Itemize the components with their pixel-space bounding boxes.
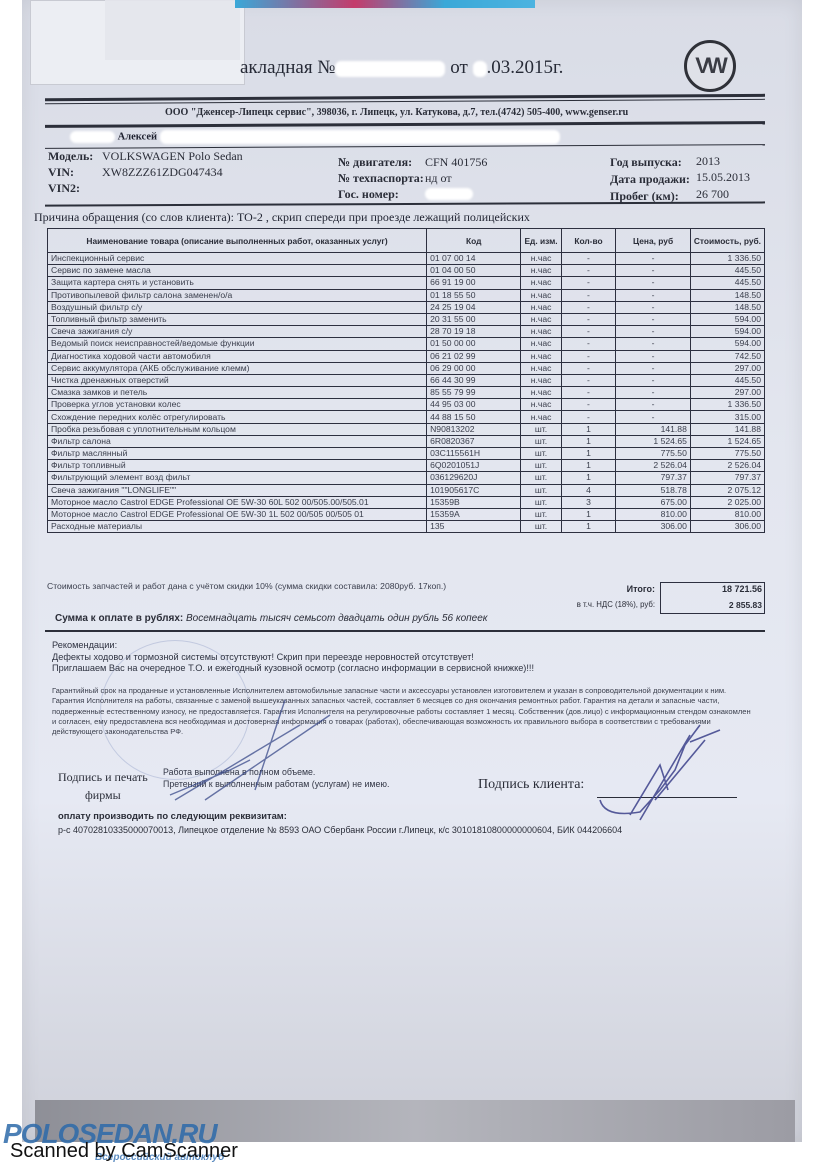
item-cost: 1 336.50 [690,253,764,265]
item-code: 03C115561H [427,448,521,460]
item-qty: 1 [561,423,616,435]
item-price: - [616,313,691,325]
item-cost: 594.00 [690,326,764,338]
item-code: 01 18 55 50 [427,289,521,301]
item-unit: шт. [521,460,561,472]
item-price: - [616,265,691,277]
item-name: Защита картера снять и установить [48,277,427,289]
item-code: 06 29 00 00 [427,362,521,374]
recommendation-line: Дефекты ходово и тормозной системы отсут… [52,652,534,664]
table-row: Защита картера снять и установить66 91 1… [48,277,765,289]
item-unit: н.час [521,350,561,362]
title-middle: от [445,57,472,78]
item-name: Моторное масло Castrol EDGE Professional… [48,496,427,508]
year-value: 2013 [696,154,720,169]
firm-signature-label: Подпись и печать фирмы [58,768,148,804]
item-unit: шт. [521,435,561,447]
table-row: Схождение передних колёс отрегулировать4… [48,411,765,423]
vw-logo-icon: VW [684,40,736,92]
table-row: Противопылевой фильтр салона заменен/о/а… [48,289,765,301]
item-price: - [616,411,691,423]
vin2-label: VIN2: [48,181,80,196]
plate-label: Гос. номер: [338,187,399,202]
item-cost: 445.50 [690,277,764,289]
item-price: 306.00 [616,521,691,533]
item-cost: 297.00 [690,362,764,374]
passport-value: нд от [425,171,452,186]
item-name: Схождение передних колёс отрегулировать [48,411,427,423]
table-row: Проверка углов установки колес44 95 03 0… [48,399,765,411]
item-price: 810.00 [616,508,691,520]
item-price: - [616,277,691,289]
header-name: Наименование товара (описание выполненны… [48,229,427,253]
item-qty: 3 [561,496,616,508]
item-price: 518.78 [616,484,691,496]
total-label: Итого: [560,584,655,594]
table-row: Фильтрующий элемент возд фильт036129620J… [48,472,765,484]
item-name: Диагностика ходовой части автомобиля [48,350,427,362]
item-qty: - [561,265,616,277]
item-cost: 1 336.50 [690,399,764,411]
table-row: Моторное масло Castrol EDGE Professional… [48,496,765,508]
item-unit: н.час [521,277,561,289]
item-code: 66 91 19 00 [427,277,521,289]
sum-label: Сумма к оплате в рублях: [55,613,183,624]
item-unit: шт. [521,448,561,460]
item-unit: н.час [521,362,561,374]
total-value: 18 721.56 [662,584,762,594]
item-name: Расходные материалы [48,521,427,533]
item-code: 6Q0201051J [427,460,521,472]
item-code: 101905617C [427,484,521,496]
item-qty: - [561,301,616,313]
item-code: 01 07 00 14 [427,253,521,265]
table-row: Свеча зажигания с/у28 70 19 18н.час--594… [48,326,765,338]
table-row: Фильтр топливный6Q0201051Jшт.12 526.042 … [48,460,765,472]
table-header-row: Наименование товара (описание выполненны… [48,229,765,253]
item-qty: 4 [561,484,616,496]
item-code: 24 25 19 04 [427,301,521,313]
item-unit: шт. [521,484,561,496]
header-qty: Кол-во [561,229,616,253]
item-code: 6R0820367 [427,435,521,447]
item-price: 675.00 [616,496,691,508]
engine-label: № двигателя: [338,155,412,170]
item-price: - [616,326,691,338]
sale-date-label: Дата продажи: [610,172,690,187]
signature-notes: Работа выполнена в полном объеме. Претен… [163,766,389,790]
item-unit: шт. [521,423,561,435]
payment-title: оплату производить по следующим реквизит… [58,810,287,821]
item-qty: - [561,350,616,362]
item-name: Свеча зажигания ""LONGLIFE"" [48,484,427,496]
sticker-note-overlay [105,0,240,60]
table-row: Моторное масло Castrol EDGE Professional… [48,508,765,520]
item-code: 036129620J [427,472,521,484]
item-cost: 315.00 [690,411,764,423]
item-qty: 1 [561,460,616,472]
engine-value: CFN 401756 [425,155,487,170]
title-date: .03.2015г. [487,57,564,78]
item-cost: 594.00 [690,338,764,350]
item-unit: н.час [521,338,561,350]
item-unit: н.час [521,265,561,277]
item-unit: н.час [521,387,561,399]
firm-signature-label-2: фирмы [58,786,148,804]
item-code: 01 04 00 50 [427,265,521,277]
item-name: Чистка дренажных отверстий [48,374,427,386]
item-cost: 594.00 [690,313,764,325]
sale-date-value: 15.05.2013 [696,170,750,185]
model-value: VOLKSWAGEN Polo Sedan [102,149,243,164]
redacted-day [473,61,487,77]
plate-redacted [425,186,473,201]
item-cost: 775.50 [690,448,764,460]
item-code: 15359A [427,508,521,520]
divider [45,630,765,632]
item-name: Топливный фильтр заменить [48,313,427,325]
item-cost: 306.00 [690,521,764,533]
item-price: - [616,338,691,350]
table-row: Смазка замков и петель85 55 79 99н.час--… [48,387,765,399]
item-unit: шт. [521,521,561,533]
item-cost: 445.50 [690,374,764,386]
item-unit: н.час [521,289,561,301]
item-qty: - [561,326,616,338]
item-cost: 742.50 [690,350,764,362]
item-price: - [616,387,691,399]
item-code: N90813202 [427,423,521,435]
table-row: Ведомый поиск неисправностей/ведомые фун… [48,338,765,350]
item-name: Фильтр топливный [48,460,427,472]
header-cost: Стоимость, руб. [690,229,764,253]
item-name: Свеча зажигания с/у [48,326,427,338]
item-qty: 1 [561,521,616,533]
document-title: акладная № от .03.2015г. [240,57,563,79]
item-price: - [616,289,691,301]
table-row: Пробка резьбовая с уплотнительным кольцо… [48,423,765,435]
item-name: Противопылевой фильтр салона заменен/о/а [48,289,427,301]
item-unit: шт. [521,508,561,520]
mileage-value: 26 700 [696,187,729,202]
item-name: Моторное масло Castrol EDGE Professional… [48,508,427,520]
visit-reason: Причина обращения (со слов клиента): ТО-… [34,210,530,225]
item-unit: н.час [521,374,561,386]
item-qty: - [561,411,616,423]
item-name: Сервис по замене масла [48,265,427,277]
table-row: Воздушный фильтр с/у24 25 19 04н.час--14… [48,301,765,313]
item-cost: 148.50 [690,289,764,301]
item-qty: - [561,387,616,399]
item-cost: 2 526.04 [690,460,764,472]
header-code: Код [427,229,521,253]
client-signature-line [597,797,737,798]
item-name: Пробка резьбовая с уплотнительным кольцо… [48,423,427,435]
item-price: - [616,350,691,362]
sum-in-words: Сумма к оплате в рублях: Восемнадцать ты… [55,613,487,624]
item-unit: шт. [521,496,561,508]
item-cost: 1 524.65 [690,435,764,447]
item-qty: - [561,362,616,374]
item-qty: 1 [561,508,616,520]
item-price: 141.88 [616,423,691,435]
item-qty: 1 [561,472,616,484]
table-row: Диагностика ходовой части автомобиля06 2… [48,350,765,362]
item-name: Фильтрующий элемент возд фильт [48,472,427,484]
table-row: Топливный фильтр заменить20 31 55 00н.ча… [48,313,765,325]
item-price: 1 524.65 [616,435,691,447]
passport-label: № техпаспорта: [338,171,424,186]
item-name: Инспекционный сервис [48,253,427,265]
table-row: Свеча зажигания ""LONGLIFE""101905617Cшт… [48,484,765,496]
item-price: 775.50 [616,448,691,460]
item-code: 28 70 19 18 [427,326,521,338]
item-unit: н.час [521,399,561,411]
year-label: Год выпуска: [610,155,682,170]
item-code: 06 21 02 99 [427,350,521,362]
table-row: Сервис аккумулятора (АКБ обслуживание кл… [48,362,765,374]
item-code: 135 [427,521,521,533]
redacted-address [160,130,560,144]
customer-line: Алексей [70,130,560,144]
table-row: Инспекционный сервис01 07 00 14н.час--1 … [48,253,765,265]
table-row: Чистка дренажных отверстий66 44 30 99н.ч… [48,374,765,386]
item-code: 20 31 55 00 [427,313,521,325]
item-qty: - [561,374,616,386]
item-code: 15359B [427,496,521,508]
item-price: - [616,399,691,411]
item-name: Ведомый поиск неисправностей/ведомые фун… [48,338,427,350]
item-cost: 141.88 [690,423,764,435]
vat-value: 2 855.83 [662,600,762,610]
header-unit: Ед. изм. [521,229,561,253]
item-unit: н.час [521,253,561,265]
table-row: Сервис по замене масла01 04 00 50н.час--… [48,265,765,277]
sum-value: Восемнадцать тысяч семьсот двадцать один… [186,613,487,624]
item-cost: 297.00 [690,387,764,399]
item-cost: 797.37 [690,472,764,484]
item-unit: н.час [521,411,561,423]
table-row: Фильтр салона6R0820367шт.11 524.651 524.… [48,435,765,447]
vin-label: VIN: [48,165,74,180]
item-qty: - [561,289,616,301]
work-done-note: Работа выполнена в полном объеме. [163,766,389,778]
item-price: 2 526.04 [616,460,691,472]
item-qty: 1 [561,435,616,447]
recommendations: Рекомендации: Дефекты ходово и тормозной… [52,640,534,675]
warranty-text: Гарантийный срок на проданные и установл… [52,686,752,737]
vin-value: XW8ZZZ61ZDG047434 [102,165,223,180]
recommendation-line: Приглашаем Вас на очередное Т.О. и ежего… [52,663,534,675]
item-code: 85 55 79 99 [427,387,521,399]
discount-note: Стоимость запчастей и работ дана с учёто… [47,581,446,591]
redacted-number [335,61,445,77]
item-name: Сервис аккумулятора (АКБ обслуживание кл… [48,362,427,374]
item-cost: 445.50 [690,265,764,277]
table-row: Расходные материалы135шт.1306.00306.00 [48,521,765,533]
company-line: ООО "Дженсер-Липецк сервис", 398036, г. … [165,107,628,118]
no-claims-note: Претензий к выполненным работам (услугам… [163,778,389,790]
payment-details: р-с 40702810335000070013, Липецкое отдел… [58,825,622,835]
table-row: Фильтр маслянный03C115561Hшт.1775.50775.… [48,448,765,460]
item-price: 797.37 [616,472,691,484]
item-price: - [616,362,691,374]
redacted-surname [70,131,115,143]
item-qty: - [561,253,616,265]
item-price: - [616,253,691,265]
item-qty: - [561,399,616,411]
item-unit: н.час [521,326,561,338]
vat-label: в т.ч. НДС (18%), руб: [540,600,655,609]
item-cost: 148.50 [690,301,764,313]
item-unit: н.час [521,301,561,313]
title-prefix: акладная № [240,57,335,78]
item-name: Воздушный фильтр с/у [48,301,427,313]
customer-name: Алексей [118,131,157,142]
item-code: 66 44 30 99 [427,374,521,386]
recommendations-title: Рекомендации: [52,640,534,652]
firm-signature-label-1: Подпись и печать [58,768,148,786]
item-cost: 2 025.00 [690,496,764,508]
model-label: Модель: [48,149,93,164]
item-qty: - [561,338,616,350]
item-qty: - [561,277,616,289]
client-signature-label: Подпись клиента: [478,777,584,793]
item-name: Проверка углов установки колес [48,399,427,411]
item-code: 01 50 00 00 [427,338,521,350]
background-object [235,0,535,8]
item-name: Фильтр маслянный [48,448,427,460]
item-price: - [616,301,691,313]
item-code: 44 95 03 00 [427,399,521,411]
item-price: - [616,374,691,386]
item-qty: - [561,313,616,325]
item-unit: шт. [521,472,561,484]
header-price: Цена, руб [616,229,691,253]
item-qty: 1 [561,448,616,460]
item-name: Смазка замков и петель [48,387,427,399]
item-cost: 2 075.12 [690,484,764,496]
item-unit: н.час [521,313,561,325]
item-name: Фильтр салона [48,435,427,447]
item-cost: 810.00 [690,508,764,520]
scanner-watermark: Scanned by CamScanner [10,1140,238,1163]
items-table: Наименование товара (описание выполненны… [47,228,765,533]
item-code: 44 88 15 50 [427,411,521,423]
